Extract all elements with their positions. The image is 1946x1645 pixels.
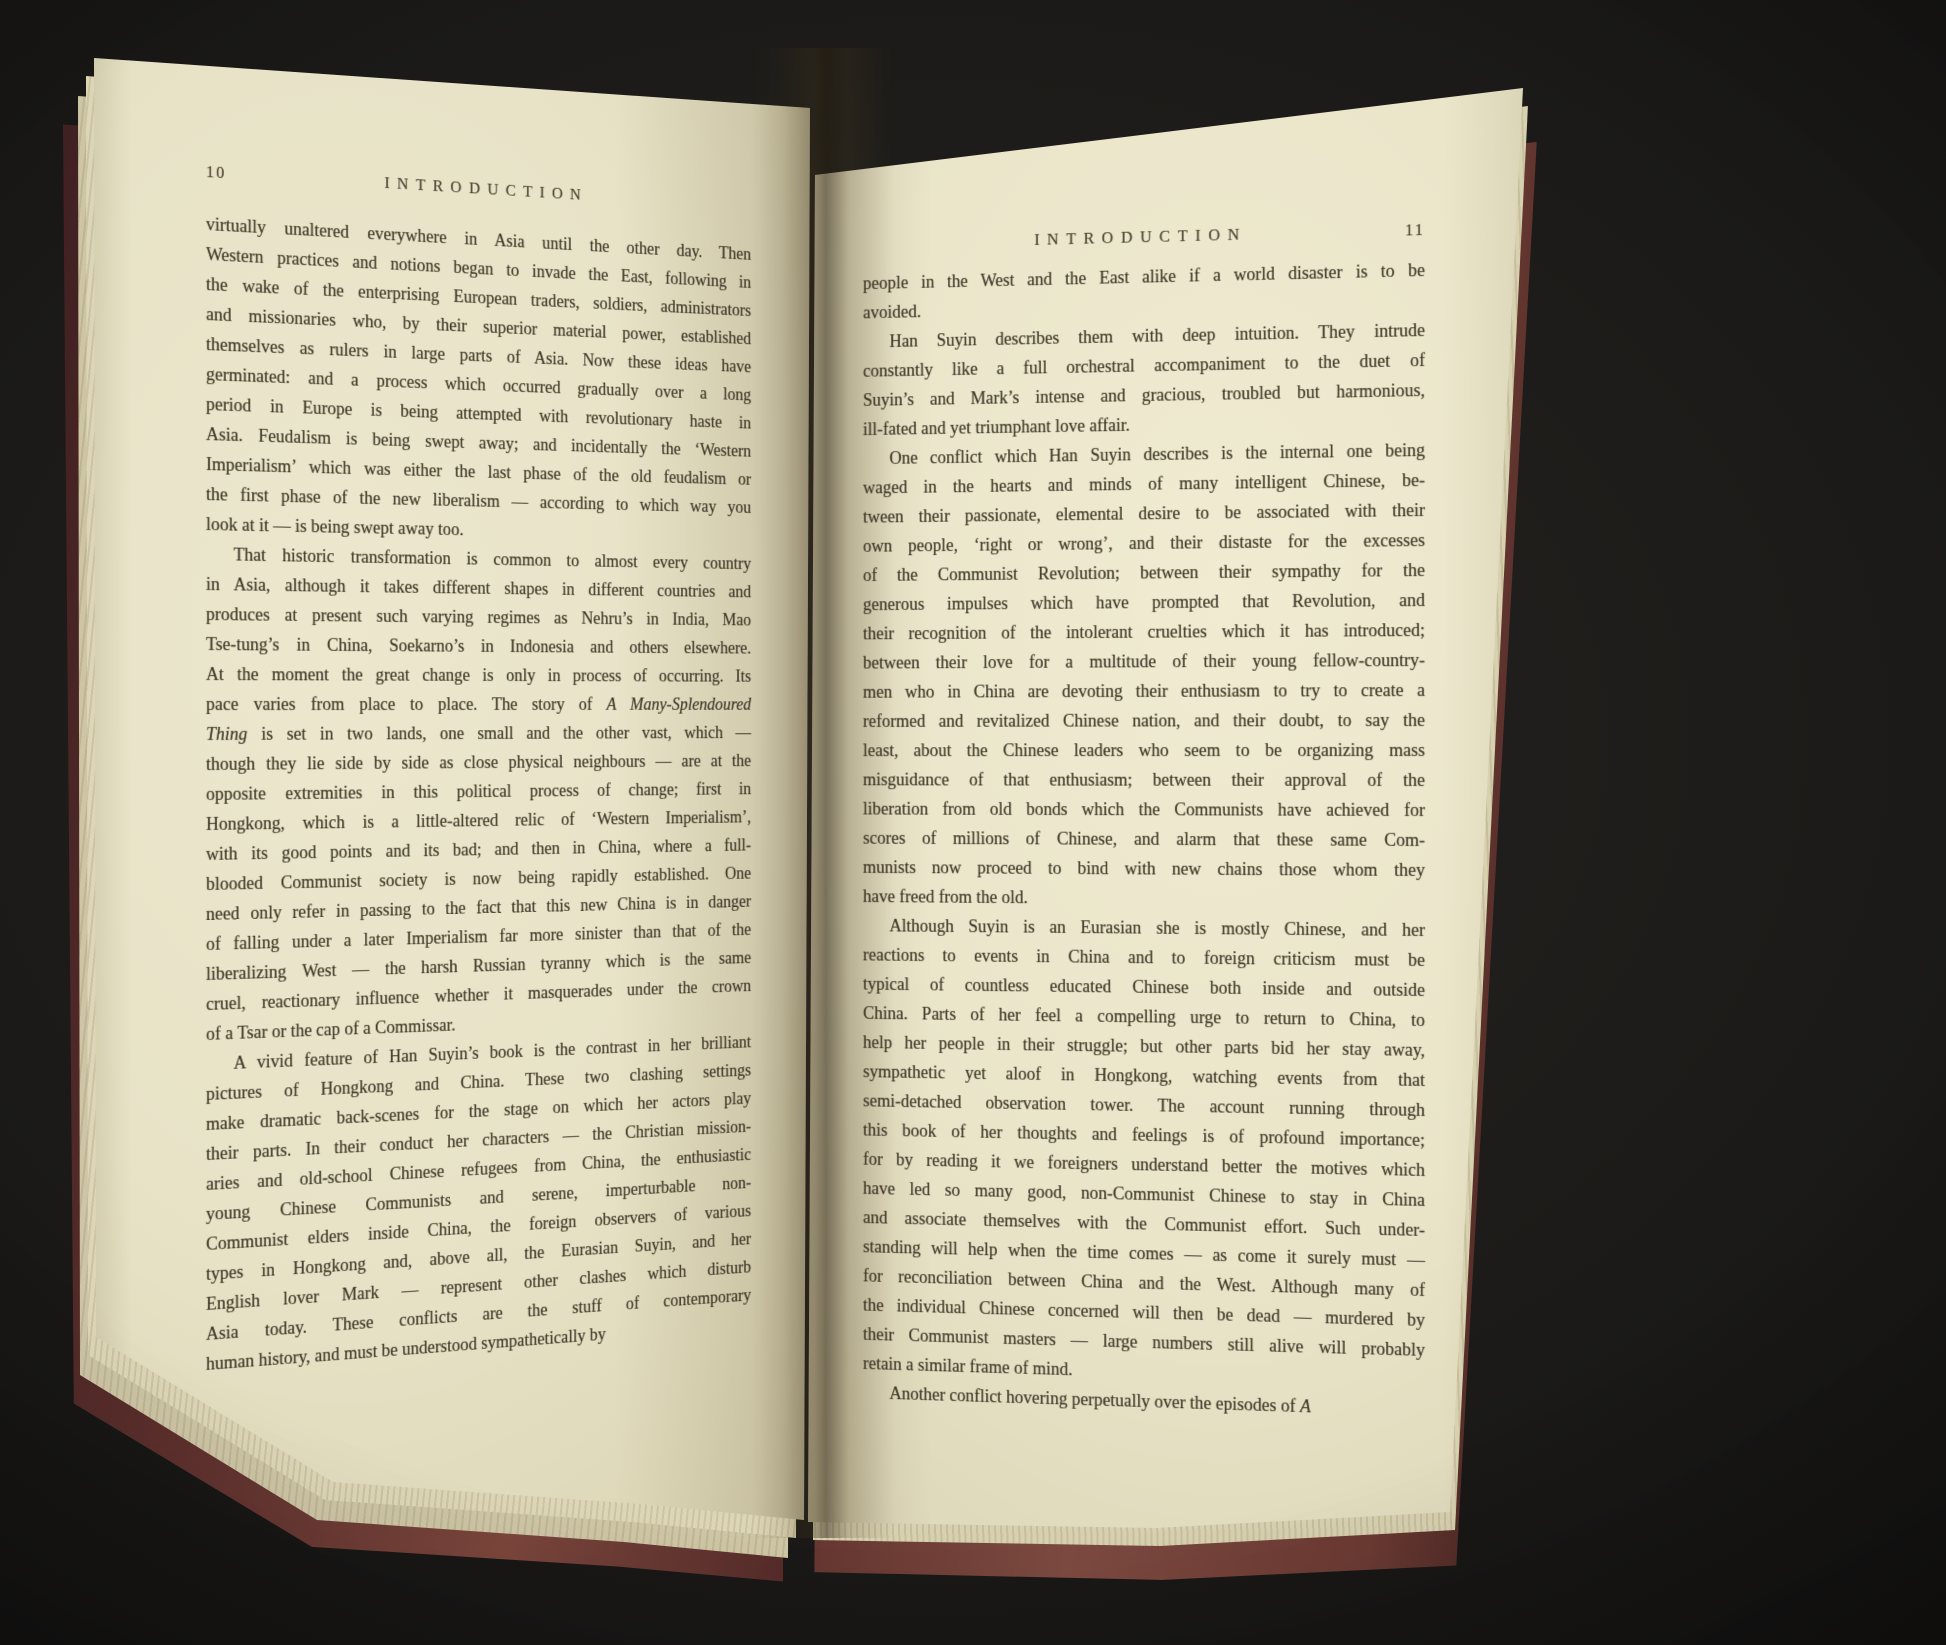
text-line: have freed from the old.	[863, 882, 1425, 915]
left-running-head: INTRODUCTION	[275, 161, 690, 216]
text-line: pace varies from place to place. The sto…	[206, 689, 751, 719]
right-head-spacer	[863, 248, 929, 250]
paragraph: Although Suyin is an Eurasian she is mos…	[863, 911, 1425, 1395]
left-running-head-row: 10 INTRODUCTION	[206, 157, 751, 220]
left-page-body: virtually unaltered everywhere in Asia u…	[206, 209, 751, 1379]
right-page-text: INTRODUCTION 11 people in the West and t…	[863, 215, 1425, 1425]
paragraph: One conflict which Han Suyin describes i…	[863, 435, 1425, 915]
book-photograph: 10 INTRODUCTION virtually unaltered ever…	[0, 0, 1946, 1645]
text-line: produces at present such varying regimes…	[206, 599, 751, 634]
text-line: their recognition of the intolerant crue…	[863, 615, 1425, 648]
text-line: At the moment the great change is only i…	[206, 659, 751, 690]
text-line: scores of millions of Chinese, and alarm…	[863, 823, 1425, 855]
left-page-text: 10 INTRODUCTION virtually unaltered ever…	[206, 157, 751, 1379]
text-line: least, about the Chinese leaders who see…	[863, 735, 1425, 765]
text-line: Thing is set in two lands, one small and…	[206, 718, 751, 749]
right-page-number: 11	[1356, 215, 1425, 247]
right-running-head: INTRODUCTION	[929, 217, 1355, 258]
text-line: men who in China are devoting their enth…	[863, 675, 1425, 706]
right-running-head-row: INTRODUCTION 11	[863, 215, 1425, 259]
paragraph: Han Suyin describes them with deep intui…	[863, 315, 1425, 444]
text-line: reformed and revitalized Chinese nation,…	[863, 705, 1425, 736]
text-line: generous impulses which have prompted th…	[863, 585, 1425, 619]
text-line: between their love for a multitude of th…	[863, 645, 1425, 677]
paragraph: That historic transformation is common t…	[206, 539, 751, 1049]
text-line: munists now proceed to bind with new cha…	[863, 852, 1425, 885]
text-line: liberation from old bonds which the Comm…	[863, 794, 1425, 825]
right-page: INTRODUCTION 11 people in the West and t…	[800, 80, 1530, 1540]
text-line: Tse-tung’s in China, Soekarno’s in Indon…	[206, 629, 751, 662]
paragraph: virtually unaltered everywhere in Asia u…	[206, 209, 751, 550]
left-page: 10 INTRODUCTION virtually unaltered ever…	[88, 52, 818, 1532]
text-line: of the Communist Revolution; between the…	[863, 555, 1425, 590]
text-line: misguidance of that enthusiasm; between …	[863, 765, 1425, 795]
left-head-spacer	[690, 206, 751, 210]
text-line: though they lie side by side as close ph…	[206, 746, 751, 779]
right-page-body: people in the West and the East alike if…	[863, 255, 1425, 1425]
left-page-number: 10	[206, 157, 275, 191]
paragraph: A vivid feature of Han Suyin’s book is t…	[206, 1028, 751, 1379]
